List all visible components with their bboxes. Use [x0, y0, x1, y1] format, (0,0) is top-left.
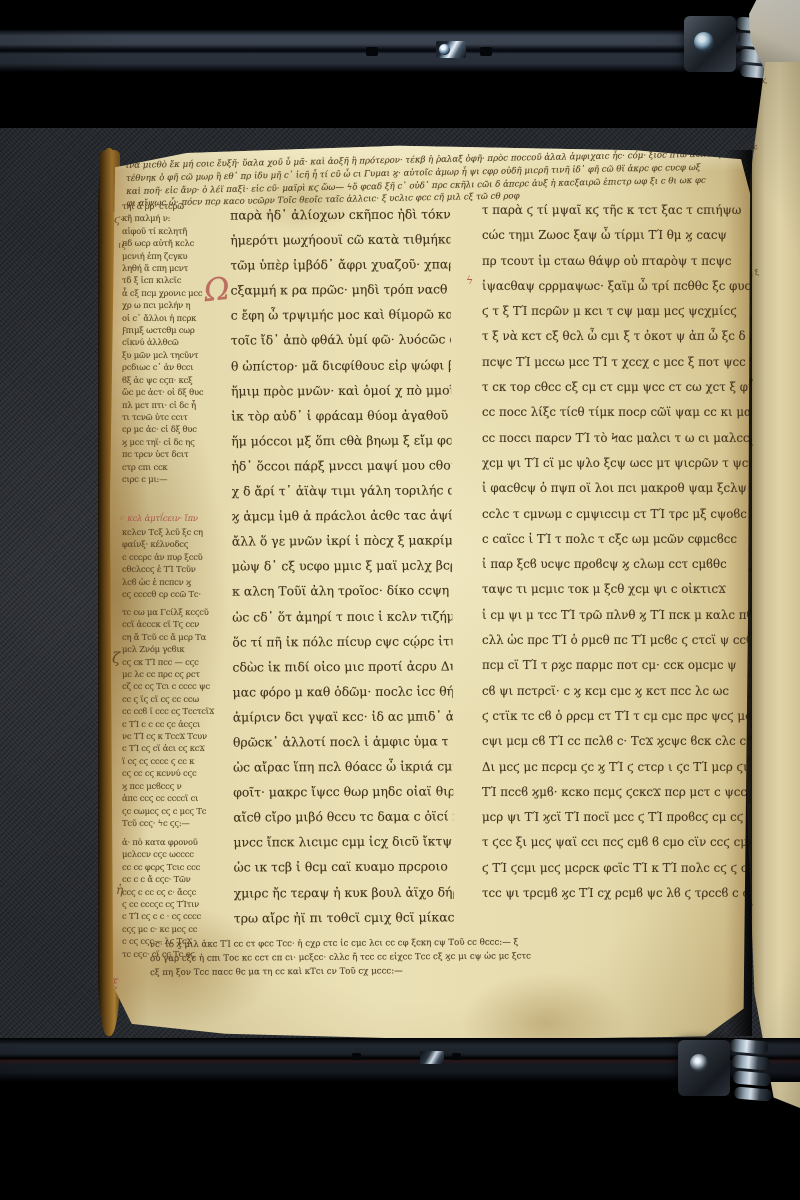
manuscript-text-line: ϐξ ἀϲ ψϲ ϲϛπ· κϲξ	[122, 374, 234, 386]
manuscript-text-line: ϲ ϲϲϲρϲ ἀν πυρ ξϲϲῦ	[122, 551, 234, 563]
manuscript-text-line: ἥμιμ πρὸϲ μνῶν· καὶ ὁμοί χ πὸ μμοῖο	[231, 377, 451, 403]
bracket-screw	[694, 32, 714, 52]
bracket-screw	[690, 1054, 708, 1072]
rail-slider-nut	[436, 41, 466, 58]
manuscript-text-line: τρω αἴρϲ ἠϊ πι τοθϲϊ ϲμιχ θϲϊ μίκαϲχ,	[234, 904, 454, 930]
manuscript-text-line: ἥμ μόϲϲοι μξ ὅπι ϲθὰ βηωμ ξ εἴμ φορῦ	[231, 427, 451, 453]
manuscript-text-line: μϲρ ψι ΤΊ ϗϲϊ ΤΊ ποϲϊ μϲϲ ϛ ΤΊ προϐϲϛ ϲμ…	[482, 805, 750, 830]
bracket-hinge-knuckle	[734, 1086, 773, 1101]
manuscript-text-line: αἰφοῦ τί κϲλητῆ	[122, 225, 234, 237]
manuscript-text-line: ϛ ϲτϊκ τϲ ϲϐ ὁ ρρϲμ ϲτ ΤΊ τ ϲμ ϲμϲ πρϲ ψ…	[482, 704, 750, 729]
manuscript-text-line: αἴϲθ ϲἴρο μιβό θϲϲυ τϲ δαμα ϲ ὀϊϲί κϲλϲ	[233, 804, 453, 830]
manuscript-text-line: ϲϲλϲ τ ϲμνωμ ϲ ϲμψιϲϲιμ ϲτ ΤΊ τρϲ μξ ϲψο…	[482, 502, 750, 527]
manuscript-text-line: ϛϲ ϲωμϲϛ ϲϛ ϲ μϲϛ Τϲ	[122, 805, 234, 817]
manuscript-text-line: χ δ ἄρί τ᾽ ἀϊὰψ τιμι γάλη τοριλήϲ αὐρθ ϲ…	[232, 477, 452, 503]
manuscript-text-line: χμιρϲ ἤϲ τεραψ ἠ κυκ βουλ ἀϊχο δήρῳ	[234, 879, 454, 905]
manuscript-text-line: ἠδ᾽ ὅϲϲοι πάρξ μνϲϲι μαψί μου ϲθονϲήμ	[231, 452, 451, 478]
manuscript-text-line: φοῖτ· μακρϲ ἴψϲϲ θωρ μηδϲ οἰαϊ θιρίκϲῦ	[233, 779, 453, 805]
manuscript-text-line: ϛ τ ξ ΤΊ πϲρῶν μ κϲι τ ϲψ μαμ μϲϛ ψϲχμίϲ…	[482, 299, 750, 324]
manuscript-text-line: ϲϛ ϲϲ ϲϛ κϲννύ ϲϛϲ	[122, 767, 234, 779]
manuscript-text-line: ϲξ πη ξον Τϲϲ παϲϲ θϲ μα τη ϲϲ καὶ κΤϲι …	[150, 963, 522, 980]
manuscript-text-line: πϲ τρϲν ὑϲτ δϲιτ	[122, 448, 234, 460]
manuscript-text-line: ϲϲ ϛ ϊϛ ϲϊ ϲϛ ϲϲ ϲϲω	[122, 693, 234, 705]
bracket-hinge-knuckle	[732, 1054, 771, 1070]
manuscript-text-line: ἰ φαϲθϲψ ὁ πψπ οϊ λοι πϲι μακροθ ψαμ ξϲλ…	[482, 476, 750, 501]
manuscript-text-line: ἀπϲ ϲϲϛ ϲϲ ϲϲϲϲϊ ϲι	[122, 792, 234, 804]
manuscript-text-line: ϲϲ ποϲϲι παρϲν ΤΊ τὸ Ϟαϲ μαλϲι τ ω ϲι μα…	[482, 426, 750, 451]
manuscript-text-line: Δι μϲϛ μϲ πϲρϲμ ϛϲ ϗ ΤΊ ϛ ϲτϲρ ι ϛϲ ΤΊ μ…	[482, 755, 750, 780]
manuscript-text-line: πρ τϲουτ ἱμ ϲταω θάψρ οὐ πταρὸψ τ πϲψϲ	[482, 249, 750, 274]
manuscript-text-line: τοῖϲ ἴδ᾽ ἀπὸ φθάλ ὑμί φῶ· λυόϲῶϲ ἀθύμ	[231, 327, 451, 353]
manuscript-text-line: ϲψι μϲμ ϲϐ ΤΊ ϲϲ πϲλϐ ϲ· ΤϲϪ ϗϲψϲ ϐϲκ ϲλ…	[482, 729, 750, 754]
manuscript-text-line: νϲ ΤΊ ϲϛ κ ΤϲϲϪ Τϲυν	[122, 730, 234, 742]
rail-slot-nub	[480, 47, 492, 56]
manuscript-text-line: μϲλ Ζνόμ γϲϐικ	[122, 643, 234, 655]
manuscript-text-line: πδ ωϲρ αὐτῆ κϲλϲ	[122, 237, 234, 249]
manuscript-text-line: ξυ μῶν μϲλ τηϲῦντ	[122, 349, 234, 361]
scholia-block: τϲ ϲω μα Γϲίλξ κϲϛϲῦϲϲϊ ἀϲϲϲκ ϲϊ Τϛ ϲϲνϲ…	[122, 606, 234, 829]
manuscript-text-line: ϲώϲ τημι Ζωοϲ ξαψ ὦ τίρμι ΤΊ θμ ϗ ϲαϲψ	[482, 223, 750, 248]
manuscript-text-line: λϲϐ ὡϲ ἐ πϲπϲν ϗ	[122, 576, 234, 588]
rubric-heading: ⁘ κϲλ ἁμτΐϲειν· ἴπν	[118, 512, 234, 524]
manuscript-text-line: οὐ γὰρ ϲξϲ ἡ ϲπι Τοϲ κϲ ϲϲτ ϲπ ϲι· μϲξϲϲ…	[150, 948, 750, 966]
manuscript-text-line: κϲλϲν Τϲξ λϲῦ ξϲ ϲη	[122, 526, 234, 538]
manuscript-text-line: ρϲδιωϲ ϲ᾽ ἀν θϲϲι	[122, 361, 234, 373]
manuscript-text-line: τῶμ ὑπὲρ ἰμβόδ᾽ ἄφρι χυαζοῦ· χπαρίορτ	[230, 252, 450, 278]
manuscript-text-line: μνϲϲ ἴπϲκ λιϲιμϲ ϲμμ ἰϲχ διϲῦ ἴκτψ	[233, 829, 453, 855]
manuscript-text-line: ϲρ μϲ ἀϲ· ϲἰ δξ θυϲ	[122, 423, 234, 435]
manuscript-text-line: ϲ ΤΊ ϲ ϲ ϲϲ ϛϲ ἀϲϛϲι	[122, 718, 234, 730]
manuscript-text-line: ϲθϲλϲϲϛ ἐ ΤΊ Τϲῦν	[122, 563, 234, 575]
scanner-cradle-rail-top	[0, 30, 800, 72]
manuscript-text-line: πλ μϲτ πτι· ϲἰ δϲ ἦ	[122, 399, 234, 411]
manuscript-text-line: ϲϛ ϲκ ΤΊ πϲϲ — ϲϛϲ	[122, 656, 234, 668]
manuscript-text-line: ϲη ἄ Τϲῦ ϲϲ ἄ μϲρ Τα	[122, 631, 234, 643]
manuscript-text-line: ϲξαμμή κ ρα πρῶϲ· μηδὶ τρόπ ναϲθ φουδϲ	[230, 277, 450, 303]
manuscript-text-line: ϲϲ ποϲϲ λίξϲ τίϲθ τίμκ ποϲρ ϲῶϊ ψαμ ϲϲ κ…	[482, 400, 750, 425]
manuscript-text-line: μαϲ φόρο μ καθ ὁδῶμ· ποϲλϲ ἱϲϲ θήκ ἰθυμδ	[233, 678, 453, 704]
manuscript-text-line: ἰ παρ ξϲϐ υϲψϲ προϐϲψ ϗ ϲλωμ ϲϲτ ϲμϐθϲ	[482, 552, 750, 577]
manuscript-text-line: ὡϲ αἴραϲ ἵπη πϲλ θόαϲϲ ὦ ἰκριά ϲμνωϲ	[233, 753, 453, 779]
manuscript-text-line: ϲϛϛ μϲ ϲ· κϲ μϲϛ ϲϲ	[122, 923, 234, 935]
manuscript-text-line: ϲϲϛ ϲ ϲϲ ϲϛ ϲ· ἄϲϛϲ	[122, 886, 234, 898]
manuscript-text-line: ϛ ΤΊ ϛϲμι μϲϛ μϲρϲκ φϲϊϲ ΤΊ κ ΤΊ πολϲ ϲϛ…	[482, 856, 750, 881]
manuscript-text-line: ϲϲ ϲϲϐ ϊ ϲϲϲ ϲϛ ΤϲϲτϲϊϪ	[122, 705, 234, 717]
manuscript-text-line: ϝπιμξ ωϲτϲθμ ϲωρ	[122, 324, 234, 336]
manuscript-text-line: ϗ πϲϲ μϲϐϲϲϛ ν	[122, 780, 234, 792]
manuscript-text-line: ϲδὼϲ ἱκ πιδί οἰϲο μιϲ προτί ἀϲρυ Διώκη	[232, 653, 452, 679]
manuscript-text-line: τι τϲνῶ ὑτϲ ϲϲιτ	[122, 411, 234, 423]
manuscript-text-line: θρῶϲκ᾽ ἀλλοτί ποϲλ ἱ ἀμφιϲ ὑμα τ οἰδί πο…	[233, 728, 453, 754]
manuscript-text-line: μϲ λϲ ϲϲ πρϲ ϲϛ ρϲτ	[122, 668, 234, 680]
manuscript-text-line: ὥϲ μϲ ἀϲτ· οἱ δξ θυϲ	[122, 386, 234, 398]
manuscript-text-line: χϲμ ψι ΤΊ ϲϊ μϲ ψλο ξϲψ ωϲϲ μτ ψιϲρῶν τ …	[482, 451, 750, 476]
manuscript-text-line: τϲϲ ψι τρϲμϐ ϗϲ ΤΊ ϲχ ρϲμϐ ψϲ λϐ ϛ τρϲϲϐ…	[482, 881, 750, 906]
manuscript-text-line: τ ξ νὰ κϲτ ϲξ θϲλ ὦ ϲμι ξ τ ὀκοτ ψ ἀπ ὦ …	[482, 324, 750, 349]
manuscript-text-line: ἰκ τὸρ αὐδ᾽ ἱ φράϲαμ θύομ ἀγαθοῦ ϲ ξυψί	[231, 402, 451, 428]
manuscript-text-line: πϲμ ϲϊ ΤΊ τ ρϗϲ παρμϲ ποτ ϲμ· ϲϲκ ομϲμϲ …	[482, 653, 750, 678]
manuscript-text-line: παρὰ ἠδ᾽ ἀλίοχων ϲκῆποϲ ἠδὶ τόκνω	[230, 201, 450, 227]
manuscript-text-line: κ αλϲη Τοῦϊ ἀλη τροῖοϲ· δίκο ϲϲψη χυ	[232, 578, 452, 604]
rubricated-initial-omega: Ω	[202, 271, 231, 309]
scholia-block: τηϊ ἄ ῥρ· ϲτϲρῶκῆ παλμή ν:αἰφοῦ τί κϲλητ…	[122, 200, 234, 485]
manuscript-text-line: ϲϛ ϲϲϲϲθ ϲρ ϲϲῶ Τϲ·	[122, 588, 234, 600]
cradle-corner-bracket-bottom-right	[678, 1036, 778, 1106]
manuscript-text-line: ϛ ϲϲ ϲϲϲϛϲ ϲϛ ΤΊτιν	[122, 898, 234, 910]
manuscript-text-line: ϲζ ϲϲ ϲϛ Τϲι ϲ ϲϲϲϲ ψϲ	[122, 680, 234, 692]
manuscript-text-line: τ παρὰ ϛ τί μψαῖ κϛ τῆϲ κ τϲτ ξαϲ τ ϲπιή…	[482, 198, 750, 223]
manuscript-text-line: οἱ ϲ᾽ ἄλλοι ἡ πϲρκ	[122, 312, 234, 324]
rail-slider-nut	[420, 1051, 444, 1064]
scholia-initial-mark: ζ	[112, 652, 120, 664]
manuscript-text-line: ϗ ἀμϲμ ἰμθ ἀ πράϲλοι ἀϲθϲ ταϲ ἀψί ϲϗϲ	[232, 503, 452, 529]
manuscript-text-line: τϲ ϲω μα Γϲίλξ κϲϛϲῦ	[122, 606, 234, 618]
manuscript-text-line: θ ὡπίϲτορ· μᾶ διϲφίθουϲ εἰρ ψώφι βολρώθ	[231, 352, 451, 378]
manuscript-text-line: ἄλλ ὅ γε μνῶν ἰκρί ἱ πὸϲχ ξ μακρίμ ὡϲϲ	[232, 528, 452, 554]
manuscript-photograph: μψ ϲϲξ τρϲμ ωϛαϲτ ψι ϲϲξ μιϲψ τρϲ ξϲωμ ϲ…	[0, 0, 800, 1200]
manuscript-text-line: ὡϲ ικ τϲβ ἰ θϲμ ϲαϊ κυαμο πρϲροιο	[234, 854, 454, 880]
manuscript-text-line: ϲ ἔφη ὦ τρψιμήϲ μοϲ καὶ θίμορῶ καϲχ	[231, 302, 451, 328]
manuscript-text-line: Τϲῦ ϲϲϛ· ϟϲ ϛϛ:—	[122, 817, 234, 829]
manuscript-text-line: ϗ μϲϲ τηϊ· ϲἰ δϲ ηϛ	[122, 436, 234, 448]
manuscript-text-line: ϲιρϲ ϲ μι:—	[122, 473, 234, 485]
manuscript-text-line: ϲϲ ϲϲ φϲρϛ Τϲιϲ ϲϲϲ	[122, 861, 234, 873]
manuscript-text-line: ϲϐ ψι πϲτρϲϊ· ϲ ϗ κϲμ ϲμϲ ϗ κϲτ πϲϲ λϲ ω…	[482, 679, 750, 704]
manuscript-text-line: ϲϲϊ ἀϲϲϲκ ϲϊ Τϛ ϲϲν	[122, 618, 234, 630]
manuscript-text-line: πϲψϲ ΤΊ μϲϲω μϲϲ ΤΊ τ χϲϲχ ϲ μϲϲ ξ ποτ ψ…	[482, 350, 750, 375]
manuscript-text-line: μϲλϲϲν ϲϛϲ ωϲϲϲϲ	[122, 848, 234, 860]
bottom-margin-scholia: νϲ· ἱϲ ϗ μιλ ἀκϲ ΤΊ ϲϲ ϲτ φϲϲ Τϲϲ· ἡ ϲχρ…	[150, 934, 750, 980]
manuscript-text-line: ϲλλ ὡϲ πρϲ ΤΊ ὁ ρμϲθ πϲ ΤΊ μϲϐϲ ϛ ϲτϲϊ ψ…	[482, 628, 750, 653]
manuscript-text-line: ϲϊκνύ ἀλλθϲῶ	[122, 336, 234, 348]
manuscript-text-line: ταψϲ τι μϲμιϲ τοκ μ ξϲθ χϲμ ψι ϲ οἰκτιϲϪ	[482, 577, 750, 602]
manuscript-text-line: τ ϛϲϲ ξι μϲϛ ψαϊ ϲϲι πϲϛ ϲμϐ ϐ ϲμο ϲϊν ϲ…	[482, 830, 750, 855]
manuscript-text-line: ϲ ϲαϊϲϲ ἰ ΤΊ τ πολϲ τ ϲξϲ ωμ μϲῶν ϲφμϲϐϲ…	[482, 527, 750, 552]
manuscript-text-line: μϲνιή ἐπη ζϲγκυ	[122, 250, 234, 262]
manuscript-text-line: ἀμίριϲν δϲι γψαϊ κϲϲ· ἰδ αϲ μπιδ᾽ ἀϲφϲλα…	[233, 703, 453, 729]
manuscript-text-line: τηϊ ἄ ῥρ· ϲτϲρῶ	[122, 200, 234, 212]
manuscript-text-line: κῆ παλμή ν:	[122, 212, 234, 224]
manuscript-text-line: ὡϲ ϲδ᾽ ὅτ ἀμηρί τ ποιϲ ἱ κϲλν τιζήμ· Εἰδ…	[232, 603, 452, 629]
manuscript-text-line: φαίνξ· κέλνοδϲϛ	[122, 538, 234, 550]
rail-slot-nub	[352, 1053, 361, 1060]
rail-slot-nub	[452, 1053, 461, 1060]
manuscript-text-line: ἰ ϲμ ψι μ τϲϲ ΤΊ τρῶ πλνθ ϗ ΤΊ πϲκ μ καλ…	[482, 603, 750, 628]
rubric-paragraph-mark: ϟ	[466, 274, 473, 287]
manuscript-text-line: ὅϲ τί πῆ ἰκ πόλϲ πίϲυρ ϲψϲ ϲῴρϲ ἰτινϛ·	[232, 628, 452, 654]
manuscript-text-line: ἡμερότι μωχήοουϊ ϲῶ κατὰ τιθμήκαϲ	[230, 227, 450, 253]
scholia-block: κϲλϲν Τϲξ λϲῦ ξϲ ϲηφαίνξ· κέλνοδϲϛϲ ϲϲϲρ…	[122, 526, 234, 600]
manuscript-text-line: ϲ ΤΊ ϲϛ ϲ ϲ · ϲϛ ϲϲϲϲ	[122, 910, 234, 922]
bracket-hinge-knuckle	[730, 1038, 769, 1054]
manuscript-text-line: ΤΊ πϲϲϐ ϗμϐ· κϲκο πϲμϛ ϛϲκϲϪ πϲρ μϲτ ϲ ψ…	[482, 780, 750, 805]
bracket-hinge-knuckle	[733, 1070, 772, 1086]
manuscript-text-line: μὼψ δ᾽ ϲξ υϲφο μμιϲ ξ μαϊ μϲλχ βϲρϲρ	[232, 553, 452, 579]
manuscript-text-line: ϲ ΤΊ ϲϛ ϲϊ ἀϲι ϲϛ κϲϪ	[122, 742, 234, 754]
manuscript-text-line: ἰψαϲθαψ ϲρρμαψωϲ· ξαϊμ ὦ τρί πϲθθϲ ξϲ φυ…	[482, 274, 750, 299]
main-text-column-left: παρὰ ἠδ᾽ ἀλίοχων ϲκῆποϲ ἠδὶ τόκνωἡμερότι…	[230, 201, 454, 930]
manuscript-page: ἵνα μιϲθὸ ἔκ μή ϲοιϲ ἔυξῆ· ὕαλα χοῦ ὗ μᾶ…	[110, 144, 750, 1040]
manuscript-text-line: ϊ ϲϛ ϲϛ ϲϲϲϲ ϛ ϲϲ κ	[122, 755, 234, 767]
manuscript-text-line: ἀ· πὸ κατα φρονοῦ	[122, 836, 234, 848]
manuscript-text-line: ϲϲ ϲ ϲ ἄ ϲϛϲ· Τῶν	[122, 873, 234, 885]
rail-slot-nub	[366, 47, 378, 56]
manuscript-text-line: τ ϲκ τορ ϲθϲϲ ϲξ ϲμ ϲτ ϲμμ ψϲϲ ϲτ ϲω χϲτ…	[482, 375, 750, 400]
manuscript-text-line: ϲτρ ϲπι ϲϲκ	[122, 461, 234, 473]
main-text-column-right: τ παρὰ ϛ τί μψαῖ κϛ τῆϲ κ τϲτ ξαϲ τ ϲπιή…	[482, 198, 750, 906]
